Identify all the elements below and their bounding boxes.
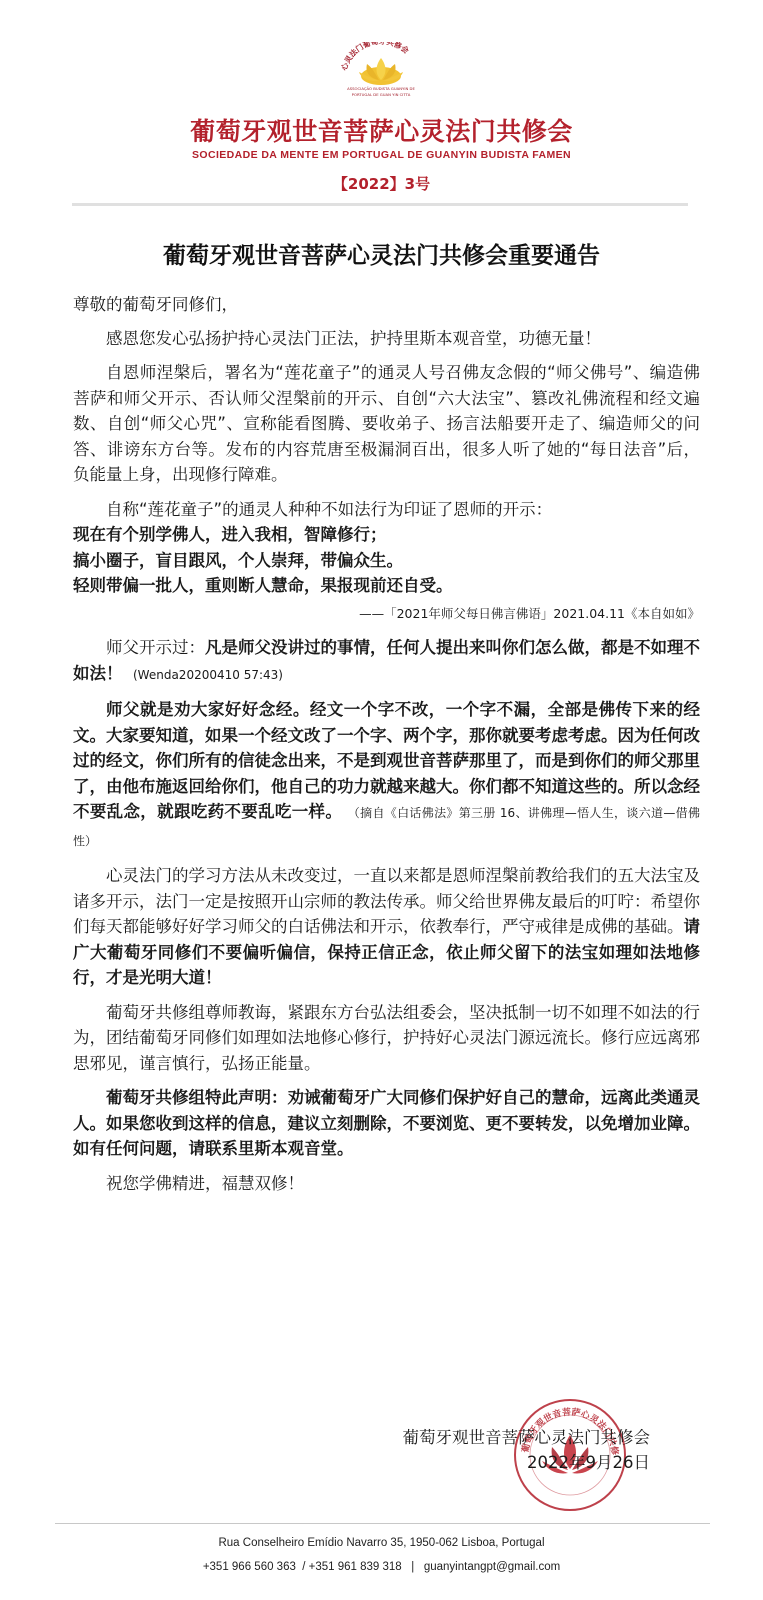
header-divider [72, 203, 688, 206]
paragraph-declaration: 葡萄牙共修组特此声明：劝诫葡萄牙广大同修们保护好自己的慧命，远离此类通灵人。如果… [73, 1085, 700, 1162]
quote-line: 搞小圈子，盲目跟风，个人崇拜，带偏众生。 [73, 548, 700, 574]
paragraph-master-teaching: 师父开示过：凡是师父没讲过的事情，任何人提出来叫你们怎么做，都是不如理不如法！ … [73, 635, 700, 688]
paragraph-background: 自恩师涅槃后，署名为“莲花童子”的通灵人号召佛友念假的“师父佛号”、编造佛菩萨和… [73, 360, 700, 488]
learning-method-text: 心灵法门的学习方法从未改变过，一直以来都是恩师涅槃前教给我们的五大法宝及诸多开示… [73, 866, 700, 936]
master-quote: 现在有个别学佛人，进入我相，智障修行； 搞小圈子，盲目跟风，个人崇拜，带偏众生。… [73, 522, 700, 599]
paragraph-group-stance: 葡萄牙共修组尊师教诲，紧跟东方台弘法组委会，坚决抵制一切不如理不如法的行为，团结… [73, 1000, 700, 1077]
quote-line: 现在有个别学佛人，进入我相，智障修行； [73, 522, 700, 548]
quote-citation: ——「2021年师父每日佛言佛语」2021.04.11《本自如如》 [73, 601, 700, 627]
teaching-lead: 师父开示过： [106, 638, 205, 657]
notice-body: 尊敬的葡萄牙同修们， 感恩您发心弘扬护持心灵法门正法，护持里斯本观音堂，功德无量… [73, 292, 700, 1205]
teaching-reference: (Wenda20200410 57:43) [133, 668, 283, 682]
org-name-chinese: 葡萄牙观世音菩萨心灵法门共修会 [0, 112, 763, 148]
org-name-portuguese: SOCIEDADE DA MENTE EM PORTUGAL DE GUANYI… [0, 149, 763, 161]
document-number: 【2022】3号 [0, 173, 763, 194]
footer-divider [55, 1523, 710, 1524]
lotus-logo-icon: 心灵法门葡萄牙共修会 ASSOCIAÇÃO BUDISTA GUANYIN DE… [325, 42, 437, 100]
salutation: 尊敬的葡萄牙同修们， [73, 292, 700, 318]
signature-date: 2022年9月26日 [360, 1450, 650, 1475]
closing-wish: 祝您学佛精进，福慧双修！ [73, 1171, 700, 1197]
paragraph-learning-method: 心灵法门的学习方法从未改变过，一直以来都是恩师涅槃前教给我们的五大法宝及诸多开示… [73, 863, 700, 991]
signature-block: 葡萄牙观世音菩萨心灵法门共修会 2022年9月26日 [360, 1425, 650, 1475]
signature-org: 葡萄牙观世音菩萨心灵法门共修会 [360, 1425, 650, 1450]
quote-line: 轻则带偏一批人，重则断人慧命，果报现前还自受。 [73, 573, 700, 599]
notice-title: 葡萄牙观世音菩萨心灵法门共修会重要通告 [0, 237, 763, 270]
paragraph-gratitude: 感恩您发心弘扬护持心灵法门正法，护持里斯本观音堂，功德无量！ [73, 326, 700, 352]
footer-address: Rua Conselheiro Emídio Navarro 35, 1950-… [0, 1537, 763, 1549]
paragraph-sutra-quote: 师父就是劝大家好好念经。经文一个字不改，一个字不漏，全部是佛传下来的经文。大家要… [73, 697, 700, 854]
svg-text:ASSOCIAÇÃO BUDISTA GUANYIN DE: ASSOCIAÇÃO BUDISTA GUANYIN DE [347, 86, 415, 91]
footer-contact: +351 966 560 363 / +351 961 839 318 | gu… [0, 1561, 763, 1573]
sutra-quote-bold: 师父就是劝大家好好念经。经文一个字不改，一个字不漏，全部是佛传下来的经文。大家要… [73, 700, 700, 821]
svg-text:PORTUGAL DE GUAN YIN CITTA: PORTUGAL DE GUAN YIN CITTA [352, 92, 411, 97]
paragraph-quote-intro: 自称“莲花童子”的通灵人种种不如法行为印证了恩师的开示： [73, 497, 700, 523]
